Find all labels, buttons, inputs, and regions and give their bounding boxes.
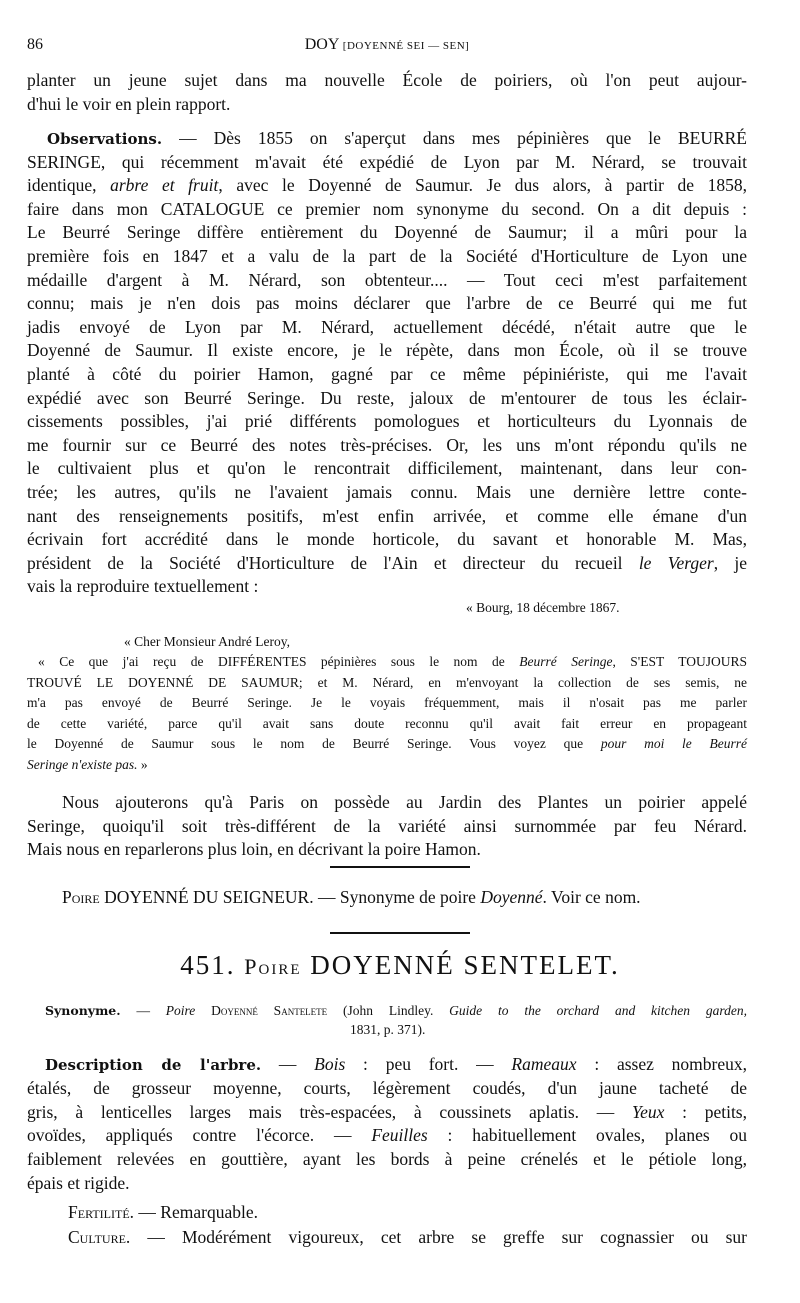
letter-line: Seringe n'existe pas. » [27,754,747,775]
text-line: Seringe, quoiqu'il soit très-différent d… [27,814,747,838]
synonyme-name-prefix: Poire [166,1003,196,1018]
text-line: médaille d'argent à M. Nérard, son obten… [27,268,747,292]
fertilite-label: Fertilité. [68,1202,134,1222]
cross-ref-name: DOYENNÉ DU SEIGNEUR. [104,887,314,907]
synonyme-dash: — [121,1003,166,1018]
page-header: 86 DOY [DOYENNÉ SEI — SEN] [27,36,747,56]
running-head-main: DOY [305,36,339,53]
letter-salutation: « Cher Monsieur André Leroy, [124,631,424,652]
text-line: écrivain fort accrédité dans le monde ho… [27,527,747,551]
letter-line: m'a pas envoyé de Beurré Seringe. Je le … [27,692,747,713]
text-line: SERINGE, qui récemment m'avait été expéd… [27,150,747,174]
text-line: nant des renseignements positifs, m'est … [27,504,747,528]
cross-reference-entry: Poire DOYENNÉ DU SEIGNEUR. — Synonyme de… [62,887,641,908]
fertilite-line: Fertilité. — Remarquable. [68,1200,755,1224]
synonyme-name: Doyenné Santelete [195,1003,327,1018]
text-line: expédié avec son Beurré Seringe. Du rest… [27,386,747,410]
text-line: jadis envoyé de Lyon par M. Nérard, actu… [27,315,747,339]
text-line: épais et rigide. [27,1171,747,1195]
observations-paragraph-start-label: Observations. [47,130,162,148]
text-line: faire dans mon CATALOGUE ce premier nom … [27,197,747,221]
culture-label: Culture. [68,1227,130,1247]
synonyme-citation-end: 1831, p. 371). [350,1019,550,1040]
culture-text: — Modérément vigoureux, cet arbre se gre… [130,1227,747,1247]
entry-number: 451. [180,950,235,980]
letter-line: TROUVÉ LE DOYENNÉ DE SAUMUR; et M. Nérar… [27,672,747,693]
text-line: faiblement relevées en gouttière, ayant … [27,1147,747,1171]
description-paragraph-start: Description de l'arbre. — Bois : peu for… [45,1052,747,1077]
running-head-range: [DOYENNÉ SEI — SEN] [343,40,470,52]
text-line: d'hui le voir en plein rapport. [27,92,747,116]
text-line: ovoïdes, appliqués contre l'écorce. — Fe… [27,1123,747,1147]
text-line: planter un jeune sujet dans ma nouvelle … [27,68,747,92]
letter-line: le Doyenné de Saumur sous le nom de Beur… [27,733,747,754]
fertilite-text: — Remarquable. [134,1202,258,1222]
text-line: identique, arbre et fruit, avec le Doyen… [27,173,747,197]
text-line: cissements possibles, j'ai prié différen… [27,409,747,433]
culture-line: Culture. — Modérément vigoureux, cet arb… [68,1225,747,1249]
text-line: première fois en 1847 et a valu de la pa… [27,244,747,268]
entry-title: 451. Poire DOYENNÉ SENTELET. [0,950,800,981]
book-page: 86 DOY [DOYENNÉ SEI — SEN] planter un je… [0,0,800,1303]
text-line: gris, à lenticelles larges mais très-esp… [27,1100,747,1124]
observations-paragraph-start: Observations. — Dès 1855 on s'aperçut da… [47,126,747,151]
text-line: président de la Société d'Horticulture d… [27,551,747,575]
description-paragraph-start-label: Description de l'arbre. [45,1056,261,1074]
entry-prefix: Poire [244,954,301,979]
text-line: étalés, de grosseur moyenne, courts, lég… [27,1076,747,1100]
section-divider-2 [330,932,470,934]
text-line: connu; mais je n'en dois pas moins décla… [27,291,747,315]
text-line: vais la reproduire textuellement : [27,574,747,598]
text-line: trée; les autres, qu'ils ne l'avaient ja… [27,480,747,504]
synonyme-citation-author: (John Lindley. [327,1003,449,1018]
text-line: Mais nous en reparlerons plus loin, en d… [27,837,747,861]
synonyme-label: Synonyme. [45,1003,121,1018]
text-line: Nous ajouterons qu'à Paris on possède au… [62,790,747,814]
letter-line: « Ce que j'ai reçu de DIFFÉRENTES pépini… [38,651,747,672]
entry-name: DOYENNÉ SENTELET. [310,950,619,980]
text-line: me fournir sur ce Beurré des notes très-… [27,433,747,457]
section-divider [330,866,470,868]
cross-ref-text: — Synonyme de poire [314,887,481,907]
synonyme-line: Synonyme. — Poire Doyenné Santelete (Joh… [45,1000,747,1021]
running-head: DOY [DOYENNÉ SEI — SEN] [27,36,747,54]
cross-ref-prefix: Poire [62,887,100,907]
text-line: Doyenné de Saumur. Il existe encore, je … [27,338,747,362]
text-line: le cultivaient plus et qu'on le rencontr… [27,456,747,480]
letter-line: de cette variété, parce qu'il avait sans… [27,713,747,734]
letter-dateline: « Bourg, 18 décembre 1867. [466,597,726,618]
cross-ref-suffix: . Voir ce nom. [543,887,641,907]
text-line: Le Beurré Seringe diffère entièrement du… [27,220,747,244]
cross-ref-target: Doyenné [480,887,542,907]
text-line: planté à côté du poirier Hamon, gagné pa… [27,362,747,386]
synonyme-citation-title: Guide to the orchard and kitchen garden, [449,1003,747,1018]
